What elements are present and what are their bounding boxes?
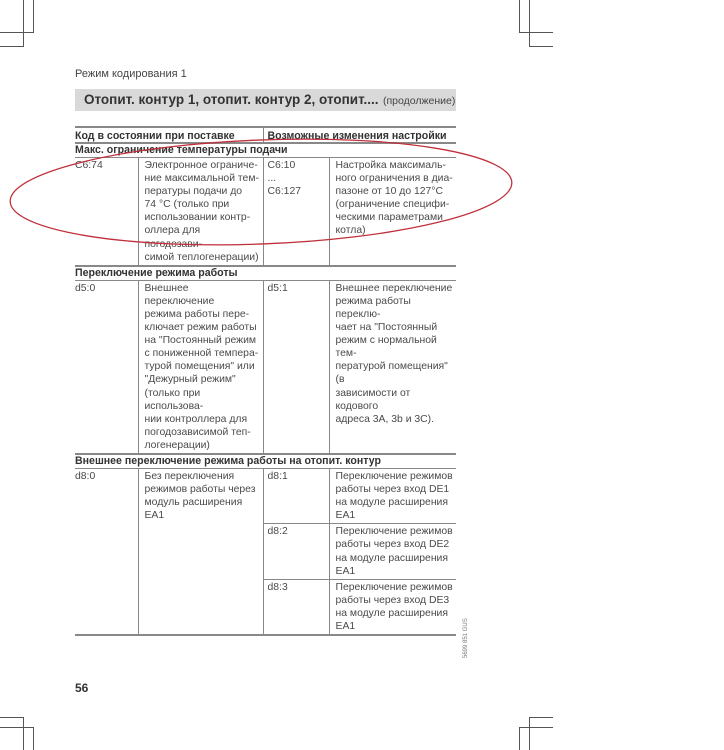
default-description: Электронное ограниче- ние максимальной т… — [138, 158, 263, 266]
crop-mark-bottom-left-inner — [0, 717, 24, 750]
option-description: Переключение режимов работы через вход D… — [329, 579, 456, 635]
crop-mark-top-left-inner — [0, 0, 24, 47]
default-code: d5:0 — [75, 280, 138, 454]
default-description: Внешнее переключение режима работы пере-… — [138, 280, 263, 454]
crop-mark-top-right-inner — [529, 0, 553, 47]
section-title-max-flow-temp: Макс. ограничение температуры подачи — [75, 143, 456, 158]
option-description: Внешнее переключение режима работы перек… — [329, 280, 456, 454]
option-description: Переключение режимов работы через вход D… — [329, 468, 456, 523]
table-header-row: Код в состоянии при поставке Возможные и… — [75, 127, 456, 143]
table-row: d8:0 Без переключения режимов работы чер… — [75, 468, 456, 523]
option-code: d8:3 — [263, 579, 329, 635]
option-description: Переключение режимов работы через вход D… — [329, 524, 456, 579]
section-row: Внешнее переключение режима работы на от… — [75, 454, 456, 469]
section-title-bar: Отопит. контур 1, отопит. контур 2, отоп… — [75, 89, 456, 111]
section-row: Макс. ограничение температуры подачи — [75, 143, 456, 158]
page-number: 56 — [75, 681, 88, 695]
table-row: d5:0 Внешнее переключение режима работы … — [75, 280, 456, 454]
default-code: d8:0 — [75, 468, 138, 635]
default-description: Без переключения режимов работы через мо… — [138, 468, 263, 635]
option-description: Настройка максималь- ного ограничения в … — [329, 158, 456, 266]
header-default-code: Код в состоянии при поставке — [75, 127, 263, 143]
header-possible-changes: Возможные изменения настройки — [263, 127, 456, 143]
document-number: 5699 851 GUS — [463, 618, 469, 658]
crop-mark-bottom-right-inner — [529, 717, 553, 750]
option-code: d8:2 — [263, 524, 329, 579]
table-row: C6:74 Электронное ограниче- ние максимал… — [75, 158, 456, 266]
section-title-mode-switching: Переключение режима работы — [75, 266, 456, 281]
section-title-heating-circuit-switching: Внешнее переключение режима работы на от… — [75, 454, 456, 469]
option-code: d5:1 — [263, 280, 329, 454]
section-row: Переключение режима работы — [75, 266, 456, 281]
section-title-continuation: (продолжение) — [383, 95, 455, 107]
option-code: d8:1 — [263, 468, 329, 523]
section-title: Отопит. контур 1, отопит. контур 2, отоп… — [84, 92, 379, 107]
option-code: C6:10 ... C6:127 — [263, 158, 329, 266]
default-code: C6:74 — [75, 158, 138, 266]
coding-table: Код в состоянии при поставке Возможные и… — [75, 126, 456, 636]
running-header: Режим кодирования 1 — [75, 68, 187, 80]
